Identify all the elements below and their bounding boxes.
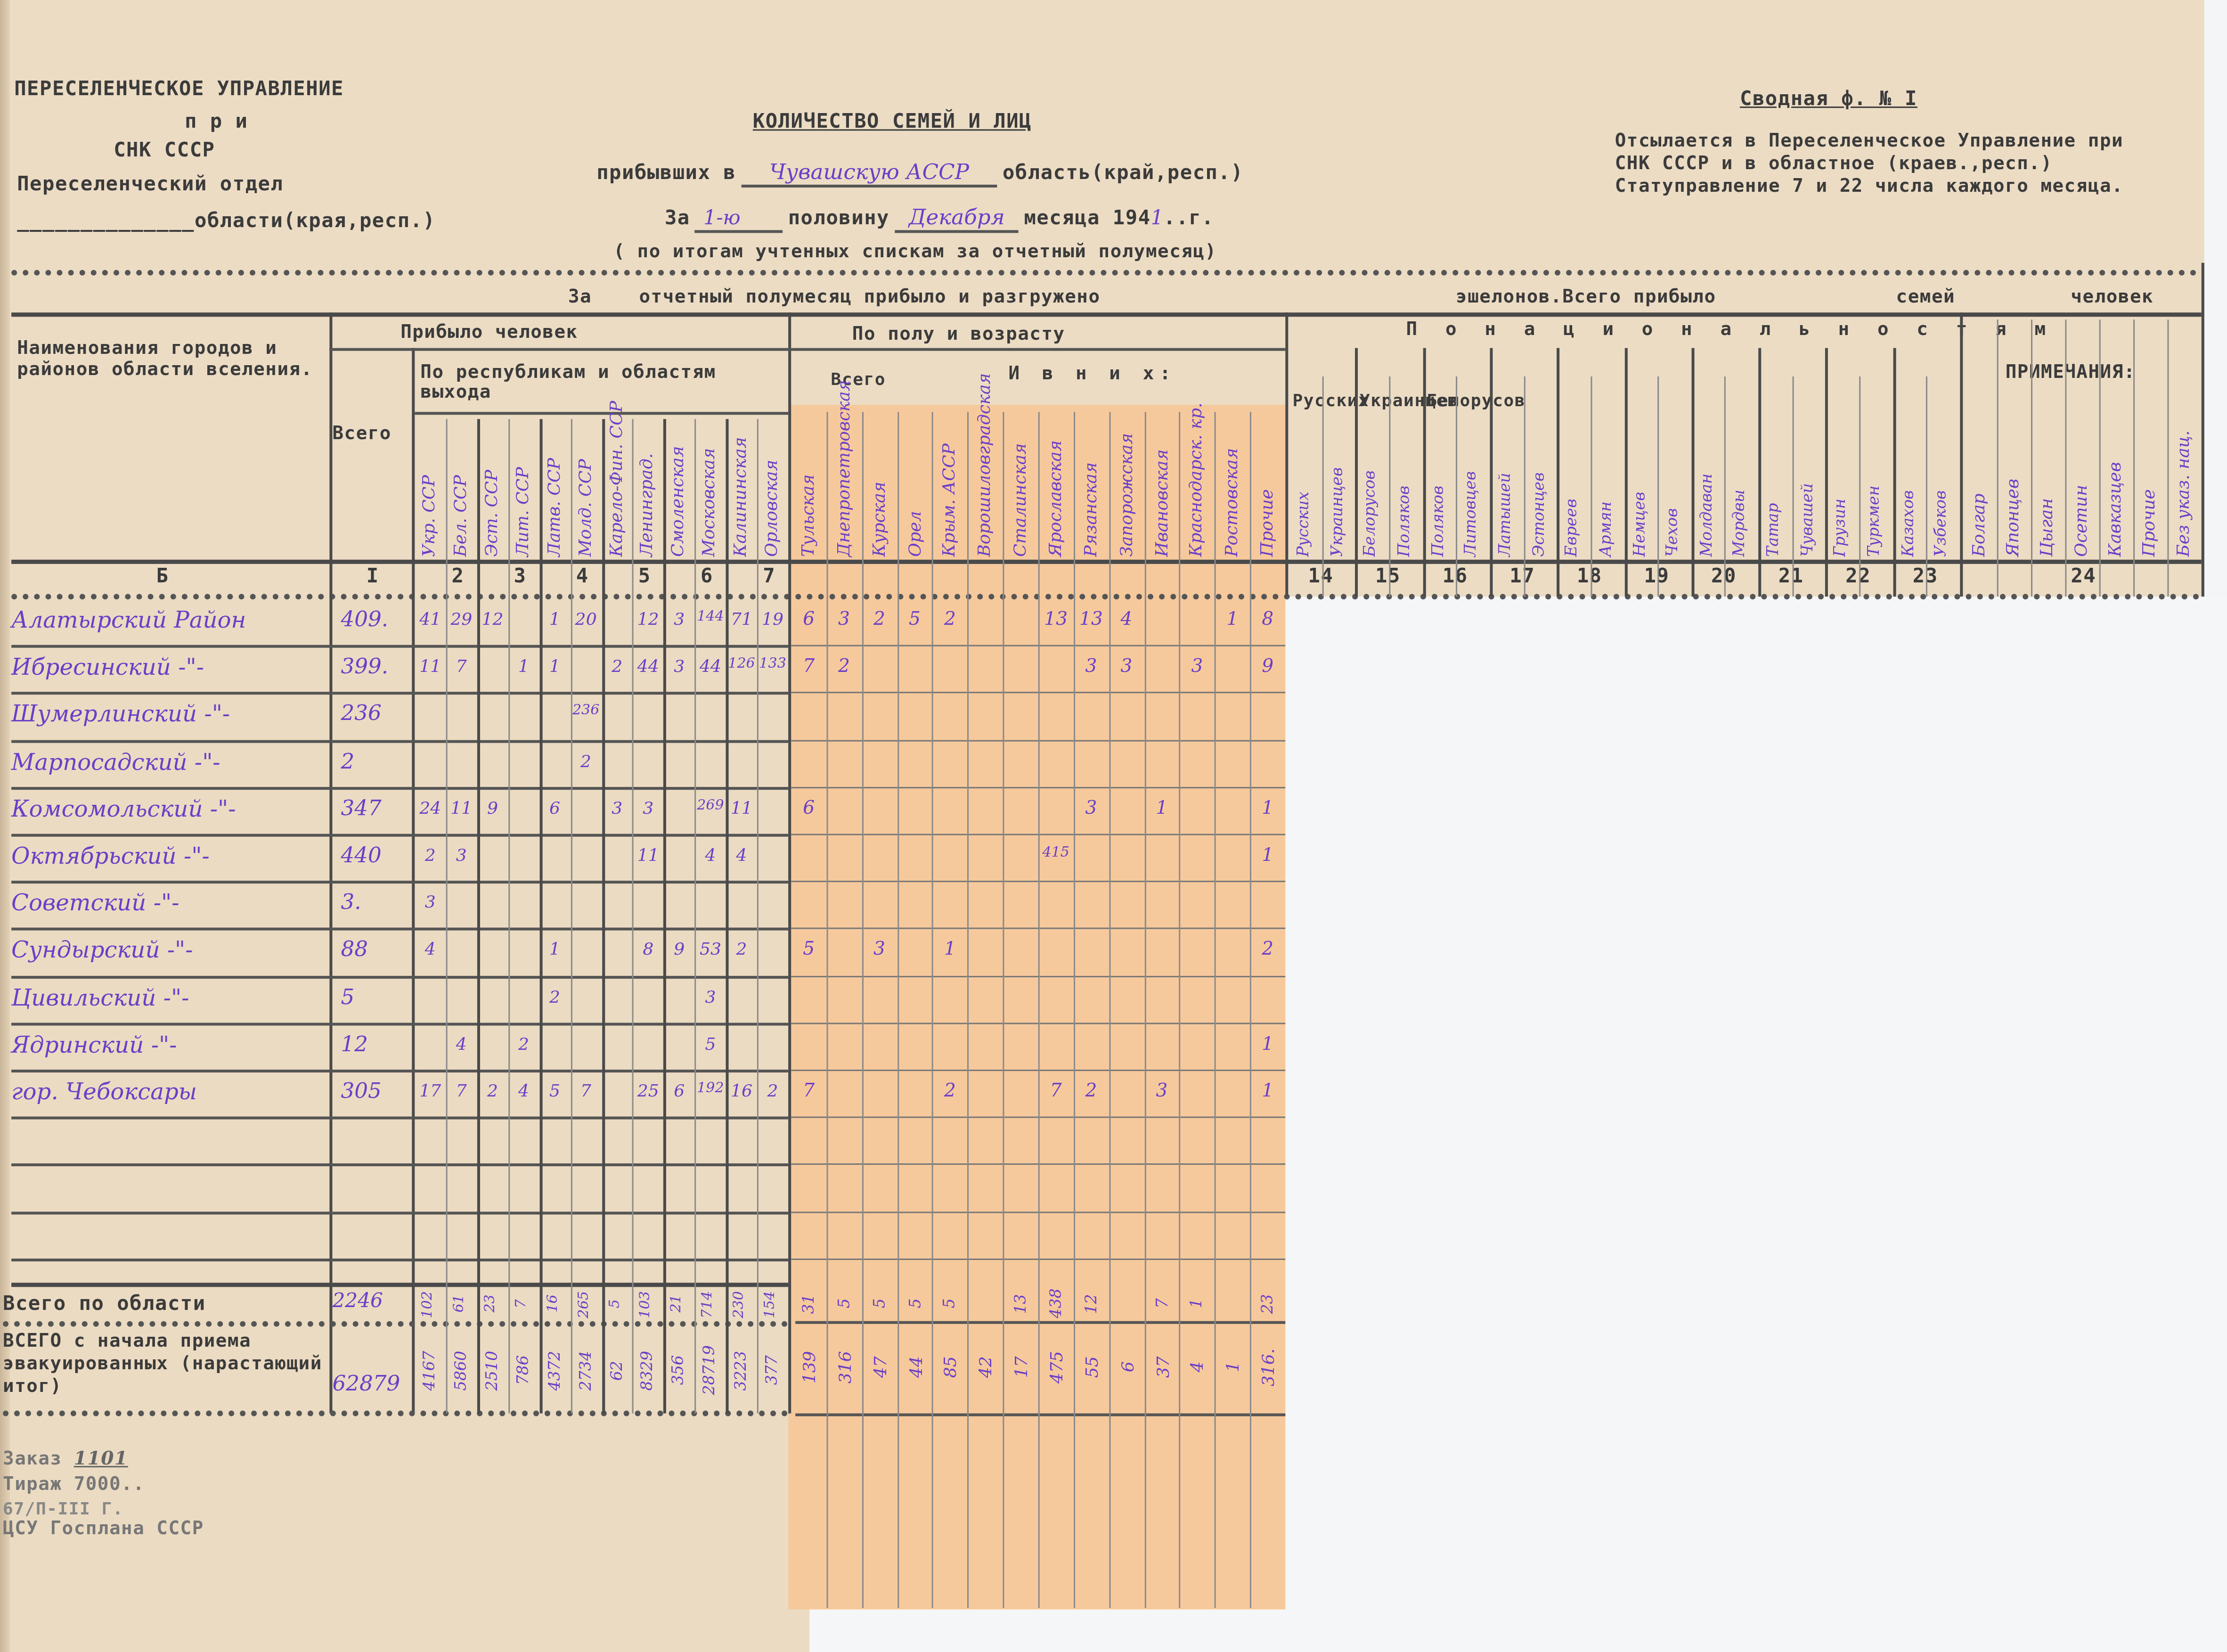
- name-column-header: Наименования городов и районов области в…: [17, 338, 315, 380]
- region-value: 3: [826, 609, 862, 630]
- republic-value: 2: [602, 656, 633, 676]
- nationality-column-label: Литовцев: [1462, 452, 1480, 557]
- region-value: 2: [1074, 1081, 1109, 1102]
- nationality-column-label: Татар: [1764, 452, 1783, 557]
- total-republic-value: 102: [420, 1287, 436, 1321]
- republic-value: 1: [539, 609, 571, 629]
- region-value: 2: [932, 1081, 968, 1102]
- district-total: 399.: [341, 654, 389, 679]
- col-divider: [1285, 312, 1288, 597]
- district-name: Октябрьский -"-: [11, 842, 210, 869]
- row-divider: [795, 1414, 1285, 1416]
- by-republic-header: По республикам и областям выхода: [420, 364, 775, 403]
- republic-column-label: Латв. ССР: [544, 426, 563, 556]
- region-value: 3: [1074, 798, 1109, 819]
- org-name: ПЕРЕСЕЛЕНЧЕСКОЕ УПРАВЛЕНИЕ: [14, 78, 344, 101]
- total-row-bottom: [3, 1321, 788, 1327]
- summary-line: За отчетный полумесяц прибыло и разгруже…: [568, 287, 1101, 308]
- nationality-column-label: Эстонцев: [1529, 452, 1547, 557]
- nationality-group-label: Русских: [1292, 391, 1355, 410]
- region-value: 7: [791, 656, 826, 678]
- republic-value: 9: [664, 940, 695, 959]
- table-row: Марпосадский -"-22: [0, 739, 1285, 786]
- nationality-column-label: Поляков: [1428, 452, 1447, 557]
- total-region-value: 438: [1047, 1287, 1065, 1321]
- nationality-column-label: Евреев: [1563, 452, 1581, 557]
- notes-header: ПРИМЕЧАНИЯ:: [2006, 362, 2136, 384]
- total-row-label: Всего по области: [3, 1292, 206, 1315]
- table-top-border: [11, 312, 2202, 317]
- cumulative-region-value: 85: [941, 1335, 961, 1399]
- republic-value: 3: [695, 987, 726, 1006]
- table-row: Комсомольский -"-34724119633269116311: [0, 787, 1285, 834]
- arrived-header: Прибыло человек: [400, 322, 578, 343]
- district-total: 3.: [341, 890, 361, 915]
- region-value: 2: [1250, 940, 1285, 961]
- republic-value: 11: [726, 798, 757, 818]
- region-column-label: Курская: [869, 415, 889, 556]
- region-value: 6: [791, 609, 826, 630]
- region-column-label: Ростовская: [1222, 415, 1241, 556]
- period-half: 1-ю: [695, 207, 783, 233]
- totals-top-border: [11, 1283, 788, 1287]
- col-divider: [1792, 376, 1794, 597]
- nationality-column-label: Поляков: [1395, 452, 1413, 557]
- cumulative-republic-value: 377: [763, 1335, 781, 1407]
- cumulative-region-value: 44: [905, 1335, 925, 1399]
- region-column-label: Орел: [904, 415, 924, 556]
- republic-value: 2: [415, 845, 446, 865]
- period-year-digit: 1: [1151, 207, 1164, 230]
- column-number: 19: [1644, 565, 1670, 588]
- col-divider: [1926, 376, 1928, 597]
- nationality-column-label: Узбеков: [1932, 452, 1950, 557]
- republic-value: 16: [726, 1081, 757, 1101]
- region-column-label: Краснодарск. кр.: [1187, 415, 1207, 556]
- republic-value: 2: [477, 1081, 508, 1101]
- row-divider: [795, 1321, 1285, 1324]
- republic-value: 9: [477, 798, 508, 818]
- republic-value: 2: [508, 1034, 539, 1054]
- column-number: 16: [1443, 565, 1468, 588]
- cumulative-republic-value: 8329: [638, 1335, 657, 1407]
- district-name: Алатырский Район: [11, 606, 246, 633]
- col-divider: [446, 419, 447, 1413]
- col-divider: [1322, 376, 1323, 597]
- region-column-label: Прочие: [1257, 415, 1277, 556]
- republic-value: 7: [446, 656, 477, 676]
- notes-column-label: Без указ. нац.: [2173, 412, 2193, 556]
- cumulative-republic-value: 356: [669, 1335, 688, 1407]
- notes-column-label: Цыган: [2037, 412, 2056, 556]
- region-column-label: Крым. АССР: [939, 415, 959, 556]
- region-value: 2: [932, 609, 968, 630]
- region-column-label: Ворошиловградская: [975, 415, 995, 556]
- republic-value: 2: [571, 751, 602, 771]
- col-divider: [1490, 348, 1493, 597]
- total-republic-value: 61: [451, 1287, 467, 1321]
- region-value: 4: [1109, 609, 1144, 630]
- region-value: 13: [1038, 609, 1074, 630]
- table-row: Ибресинский -"-399.117112443441261337233…: [0, 645, 1285, 692]
- cumulative-republic-value: 3223: [732, 1335, 750, 1407]
- cumulative-row-label: ВСЕГО с начала приема эвакуированных (на…: [3, 1331, 322, 1399]
- cumulative-republic-value: 786: [514, 1335, 532, 1407]
- region-value: 13: [1074, 609, 1109, 630]
- cumulative-region-value: 42: [976, 1335, 996, 1399]
- republic-value: 29: [446, 609, 477, 629]
- republic-value: 11: [446, 798, 477, 818]
- cumulative-republic-value: 2510: [482, 1335, 501, 1407]
- table-row: гор. Чебоксары3051772457256192162727231: [0, 1070, 1285, 1117]
- region-column-label: Тульская: [798, 415, 818, 556]
- nationality-column-label: Украинцев: [1328, 452, 1346, 557]
- table-row: Советский -"-3.3: [0, 881, 1285, 928]
- cumulative-region-value: 55: [1082, 1335, 1102, 1399]
- nationality-column-label: Латышей: [1495, 452, 1514, 557]
- col-divider: [633, 419, 634, 1413]
- org-pri: п р и: [185, 111, 248, 133]
- region-value: 8: [1250, 609, 1285, 630]
- column-number: 14: [1308, 565, 1334, 588]
- row-divider: [788, 348, 1285, 351]
- col-divider: [1456, 376, 1458, 597]
- republic-value: 133: [757, 656, 788, 672]
- total-republic-value: 714: [701, 1287, 716, 1321]
- column-number: 4: [576, 565, 589, 588]
- table-row: Алатырский Район409.41291212012314471196…: [0, 598, 1285, 645]
- republic-value: 3: [633, 798, 664, 818]
- region-value: 3: [1179, 656, 1215, 678]
- row-divider: [329, 348, 788, 351]
- arrived-line: прибывших в Чувашскую АССР область(край,…: [596, 159, 1243, 186]
- col-divider: [664, 419, 667, 1413]
- arrived-suffix: область(край,респ.): [1003, 162, 1243, 185]
- total-region-value: 5: [905, 1287, 924, 1321]
- district-name: гор. Чебоксары: [11, 1078, 197, 1105]
- cumulative-region-value: 6: [1118, 1335, 1137, 1399]
- republic-column-label: Эст. ССР: [481, 426, 501, 556]
- district-name: Ядринский -"-: [11, 1031, 177, 1058]
- republic-column-label: Калининская: [730, 426, 750, 556]
- nationality-column-label: Туркмен: [1865, 452, 1883, 557]
- total-republic-value: 16: [545, 1287, 561, 1321]
- republic-value: 6: [539, 798, 571, 818]
- summary-total: Всего прибыло: [1562, 287, 1716, 308]
- republic-value: 2: [539, 987, 571, 1006]
- order-number: 1101: [74, 1449, 128, 1470]
- col-divider: [1423, 348, 1426, 597]
- column-number: 18: [1577, 565, 1602, 588]
- total-republic-value: 21: [669, 1287, 685, 1321]
- republic-value: 44: [695, 656, 726, 676]
- footer-publisher: ЦСУ Госплана СССР: [3, 1519, 204, 1540]
- col-divider: [2167, 319, 2169, 597]
- cumulative-region-value: 1: [1224, 1335, 1243, 1399]
- order-label: Заказ: [3, 1449, 62, 1470]
- col-divider: [1658, 376, 1659, 597]
- period-line: За 1-ю половину Декабря месяца 1941..г.: [665, 204, 1214, 231]
- scanner-background-bottom: [809, 1608, 2227, 1652]
- col-divider: [1038, 412, 1040, 1608]
- nationality-group-label: Украинцев: [1360, 391, 1422, 410]
- table-row: Октябрьский -"-4402311444151: [0, 834, 1285, 881]
- republic-value: 25: [633, 1081, 664, 1101]
- column-number: 20: [1711, 565, 1737, 588]
- region-value: 1: [932, 940, 968, 961]
- row-divider: [11, 1117, 788, 1120]
- column-number: 22: [1845, 565, 1871, 588]
- republic-value: 2: [726, 940, 757, 959]
- col-divider: [695, 419, 696, 1413]
- total-region-value: 5: [835, 1287, 853, 1321]
- total-region-value: 1: [1188, 1287, 1207, 1321]
- region-value: 3: [1074, 656, 1109, 678]
- republic-value: 5: [539, 1081, 571, 1101]
- nationality-column-label: Мордвы: [1730, 452, 1749, 557]
- document-scan: ПЕРЕСЕЛЕНЧЕСКОЕ УПРАВЛЕНИЕ п р и СНК ССС…: [0, 0, 2227, 1652]
- nationality-header: П о н а ц и о н а л ь н о с т я м: [1406, 319, 2055, 341]
- total-republic-value: 103: [638, 1287, 654, 1321]
- row-divider: [11, 1258, 788, 1261]
- district-total: 5: [341, 984, 355, 1009]
- scanner-background-right: [1285, 597, 2227, 1652]
- table-row: Ядринский -"-124251: [0, 1022, 1285, 1070]
- republic-value: 2: [757, 1081, 788, 1101]
- district-total: 409.: [341, 606, 389, 632]
- republic-value: 4: [726, 845, 757, 865]
- org-region: ______________области(края,респ.): [17, 210, 435, 233]
- of-them-header: И в н и х:: [1008, 364, 1176, 385]
- republic-column-label: Московская: [699, 426, 719, 556]
- col-divider: [1591, 376, 1592, 597]
- column-number: 23: [1913, 565, 1938, 588]
- total-republic-value: 23: [482, 1287, 498, 1321]
- footer-tirazh: Тираж 7000..: [3, 1474, 145, 1496]
- region-value: 7: [791, 1081, 826, 1102]
- region-column-label: Ивановская: [1151, 415, 1171, 556]
- nationality-column-label: Молдаван: [1697, 452, 1715, 557]
- summary-prefix: За: [568, 287, 592, 308]
- notes-column-label: Кавказцев: [2105, 412, 2125, 556]
- col-divider: [862, 412, 863, 1608]
- notes-column-label: Прочие: [2139, 412, 2159, 556]
- col-divider: [1144, 412, 1146, 1608]
- republic-value: 5: [695, 1034, 726, 1054]
- period-prefix: За: [665, 207, 690, 230]
- cumulative-region-value: 4: [1188, 1335, 1208, 1399]
- period-month: Декабря: [895, 204, 1019, 233]
- col-divider: [539, 419, 542, 1413]
- org-dept: Переселенческий отдел: [17, 173, 283, 196]
- col-divider: [897, 412, 898, 1608]
- region-value: 1: [1144, 798, 1180, 819]
- republic-value: 4: [415, 940, 446, 959]
- republic-value: 7: [571, 1081, 602, 1101]
- region-column-label: Днепропетровская: [833, 415, 853, 556]
- republic-value: 53: [695, 940, 726, 959]
- republic-column-label: Молд. ССР: [575, 426, 595, 556]
- column-number: 24: [2071, 565, 2096, 588]
- republic-value: 7: [446, 1081, 477, 1101]
- district-total: 88: [341, 937, 368, 962]
- col-divider: [1215, 412, 1216, 1608]
- nationality-column-label: Чехов: [1664, 452, 1682, 557]
- period-suffix: месяца 194: [1024, 207, 1150, 230]
- column-number: 15: [1375, 565, 1401, 588]
- republic-value: 44: [633, 656, 664, 676]
- row-divider: [415, 412, 788, 415]
- region-value: 415: [1038, 845, 1074, 861]
- district-name: Шумерлинский -"-: [11, 701, 230, 728]
- nationality-column-label: Грузин: [1831, 452, 1850, 557]
- republic-value: 4: [695, 845, 726, 865]
- org-snk: СНК СССР: [114, 139, 215, 162]
- republic-value: 11: [415, 656, 446, 676]
- republic-value: 4: [446, 1034, 477, 1054]
- col-divider: [1997, 319, 1999, 597]
- cumulative-republic-value: 28719: [701, 1335, 719, 1407]
- republic-value: 3: [446, 845, 477, 865]
- footer-order: Заказ 1101: [3, 1449, 128, 1470]
- total-region-value: 31: [799, 1287, 818, 1321]
- region-column-label: Сталинская: [1010, 415, 1030, 556]
- republic-value: 17: [415, 1081, 446, 1101]
- district-total: 2: [341, 748, 355, 774]
- form-number: Сводная ф. № I: [1740, 88, 1917, 111]
- region-value: 1: [1215, 609, 1250, 630]
- sex-age-header: По полу и возрасту: [852, 324, 1065, 345]
- nationality-column-label: Немцев: [1630, 452, 1648, 557]
- cumulative-republic-value: 5860: [451, 1335, 470, 1407]
- nationality-column-label: Белорусов: [1361, 452, 1379, 557]
- col-divider: [1691, 348, 1694, 597]
- republic-value: 12: [477, 609, 508, 629]
- form-instructions: Отсылается в Переселенческое Управление …: [1615, 131, 2169, 199]
- total-republic-value: 265: [576, 1287, 592, 1321]
- column-number: 5: [638, 565, 651, 588]
- arrived-region: Чувашскую АССР: [741, 159, 998, 188]
- republic-value: 1: [508, 656, 539, 676]
- region-value: 1: [1250, 1034, 1285, 1055]
- republic-value: 71: [726, 609, 757, 629]
- republic-value: 11: [633, 845, 664, 865]
- column-number: 6: [701, 565, 713, 588]
- total-republic-value: 230: [732, 1287, 747, 1321]
- summary-persons: человек: [2071, 287, 2154, 308]
- col-divider: [2065, 319, 2066, 597]
- republic-value: 24: [415, 798, 446, 818]
- district-total: 305: [341, 1078, 382, 1104]
- district-name: Ибресинский -"-: [11, 654, 204, 680]
- table-row: Сундырский -"-8841895325312: [0, 928, 1285, 975]
- total-header: Всего: [332, 423, 392, 444]
- form-title: КОЛИЧЕСТВО СЕМЕЙ И ЛИЦ: [753, 111, 1032, 133]
- total-row-total: 2246: [332, 1290, 383, 1312]
- col-divider: [2133, 319, 2135, 597]
- district-name: Советский -"-: [11, 890, 179, 916]
- col-divider: [1557, 348, 1560, 597]
- col-divider: [1624, 348, 1627, 597]
- column-number: 21: [1778, 565, 1804, 588]
- district-total: 236: [341, 701, 382, 726]
- col-divider: [1355, 348, 1358, 597]
- col-divider: [757, 419, 759, 1413]
- nationality-column-label: Чувашей: [1798, 452, 1816, 557]
- tirazh-number: 7000..: [74, 1474, 145, 1496]
- col-divider: [726, 419, 729, 1413]
- region-value: 1: [1250, 798, 1285, 819]
- footer-line3: 67/П-III Г.: [3, 1499, 123, 1519]
- row-divider: [11, 1211, 788, 1214]
- total-region-value: 5: [941, 1287, 959, 1321]
- col-divider: [1109, 412, 1110, 1608]
- cumulative-region-value: 316.: [1258, 1335, 1278, 1399]
- republic-column-label: Бел. ССР: [450, 426, 470, 556]
- republic-value: 1: [539, 940, 571, 959]
- col-divider: [1725, 376, 1726, 597]
- col-divider: [2031, 319, 2032, 597]
- col-divider: [571, 419, 572, 1413]
- republic-column-label: Укр. ССР: [419, 426, 439, 556]
- republic-column-label: Карело-Фин. ССР: [606, 426, 626, 556]
- col-divider: [1960, 312, 1963, 597]
- period-note: ( по итогам учтенных спискам за отчетный…: [613, 241, 1216, 262]
- colnum-total: I: [367, 565, 379, 588]
- cumulative-republic-value: 62: [607, 1335, 626, 1407]
- republic-value: 269: [695, 798, 726, 814]
- cumulative-row-bottom: [3, 1411, 788, 1416]
- region-value: 9: [1250, 656, 1285, 678]
- republic-value: 4: [508, 1081, 539, 1101]
- nationality-column-label: Казахов: [1899, 452, 1917, 557]
- nationality-column-label: Русских: [1294, 452, 1312, 557]
- table-row: Шумерлинский -"-236236: [0, 692, 1285, 739]
- republic-value: 8: [633, 940, 664, 959]
- table-header-bottom-border: [11, 560, 2202, 564]
- republic-value: 3: [664, 609, 695, 629]
- region-value: 3: [1109, 656, 1144, 678]
- summary-families: семей: [1896, 287, 1956, 308]
- notes-column-label: Болгар: [1968, 412, 1988, 556]
- district-name: Марпосадский -"-: [11, 748, 220, 775]
- region-value: 7: [1038, 1081, 1074, 1102]
- tirazh-label: Тираж: [3, 1474, 62, 1496]
- republic-value: 3: [664, 656, 695, 676]
- cumulative-region-value: 316: [835, 1335, 855, 1399]
- total-republic-value: 5: [607, 1287, 623, 1321]
- notes-column-label: Японцев: [2003, 412, 2023, 556]
- col-divider: [968, 412, 969, 1608]
- republic-value: 126: [726, 656, 757, 672]
- col-divider: [1893, 348, 1896, 597]
- cumulative-region-value: 47: [870, 1335, 890, 1399]
- cumulative-region-value: 17: [1012, 1335, 1031, 1399]
- republic-value: 3: [415, 892, 446, 912]
- republic-value: 19: [757, 609, 788, 629]
- total-region-value: 23: [1258, 1287, 1277, 1321]
- col-divider: [477, 419, 480, 1413]
- region-value: 5: [791, 940, 826, 961]
- district-total: 12: [341, 1031, 368, 1056]
- region-value: 6: [791, 798, 826, 819]
- cumulative-region-value: 139: [799, 1335, 819, 1399]
- region-value: 1: [1250, 845, 1285, 867]
- row-divider: [11, 1164, 788, 1167]
- region-value: 3: [1144, 1081, 1180, 1102]
- cumulative-republic-value: 4372: [545, 1335, 563, 1407]
- region-value: 5: [897, 609, 932, 630]
